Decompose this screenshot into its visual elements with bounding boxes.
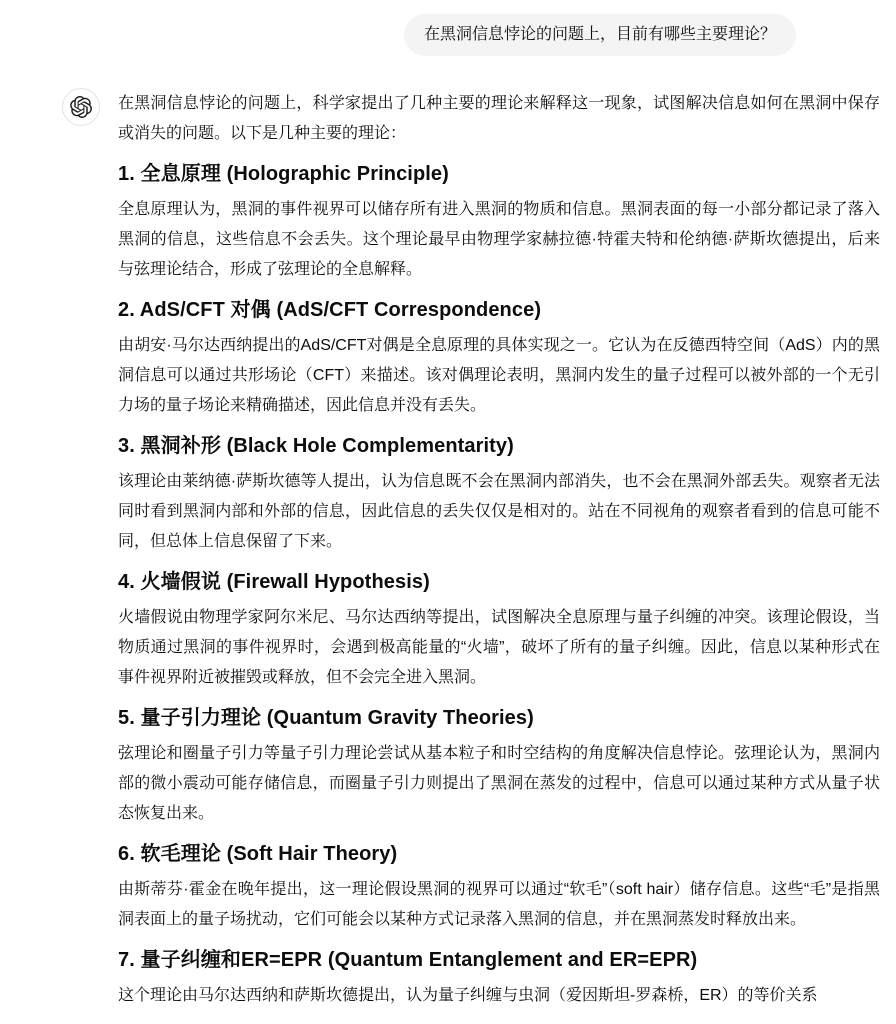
openai-logo-icon xyxy=(70,96,92,118)
assistant-intro-paragraph: 在黑洞信息悖论的问题上，科学家提出了几种主要的理论来解释这一现象，试图解决信息如… xyxy=(118,89,880,149)
user-message-bubble: 在黑洞信息悖论的问题上，目前有哪些主要理论？ xyxy=(404,14,796,56)
assistant-message-content: 在黑洞信息悖论的问题上，科学家提出了几种主要的理论来解释这一现象，试图解决信息如… xyxy=(118,88,880,1011)
section-body-firewall: 火墙假说由物理学家阿尔米尼、马尔达西纳等提出，试图解决全息原理与量子纠缠的冲突。… xyxy=(118,603,880,693)
section-heading-ads-cft: 2. AdS/CFT 对偶 (AdS/CFT Correspondence) xyxy=(118,297,880,323)
section-body-holographic-principle: 全息原理认为，黑洞的事件视界可以储存所有进入黑洞的物质和信息。黑洞表面的每一小部… xyxy=(118,195,880,285)
chat-conversation: 在黑洞信息悖论的问题上，目前有哪些主要理论？ 在黑洞信息悖论的问题上，科学家提出… xyxy=(0,0,896,1024)
section-heading-quantum-gravity: 5. 量子引力理论 (Quantum Gravity Theories) xyxy=(118,705,880,731)
section-heading-er-epr: 7. 量子纠缠和ER=EPR (Quantum Entanglement and… xyxy=(118,947,880,973)
section-body-ads-cft: 由胡安·马尔达西纳提出的AdS/CFT对偶是全息原理的具体实现之一。它认为在反德… xyxy=(118,331,880,421)
assistant-avatar xyxy=(62,88,100,126)
section-heading-soft-hair: 6. 软毛理论 (Soft Hair Theory) xyxy=(118,841,880,867)
section-body-quantum-gravity: 弦理论和圈量子引力等量子引力理论尝试从基本粒子和时空结构的角度解决信息悖论。弦理… xyxy=(118,739,880,829)
section-body-soft-hair: 由斯蒂芬·霍金在晚年提出，这一理论假设黑洞的视界可以通过“软毛”（soft ha… xyxy=(118,875,880,935)
section-body-er-epr: 这个理论由马尔达西纳和萨斯坎德提出，认为量子纠缠与虫洞（爱因斯坦-罗森桥，ER）… xyxy=(118,981,880,1011)
assistant-message-row: 在黑洞信息悖论的问题上，科学家提出了几种主要的理论来解释这一现象，试图解决信息如… xyxy=(0,88,896,1011)
user-message-row: 在黑洞信息悖论的问题上，目前有哪些主要理论？ xyxy=(0,14,896,56)
section-heading-complementarity: 3. 黑洞补形 (Black Hole Complementarity) xyxy=(118,433,880,459)
section-heading-holographic-principle: 1. 全息原理 (Holographic Principle) xyxy=(118,161,880,187)
section-heading-firewall: 4. 火墙假说 (Firewall Hypothesis) xyxy=(118,569,880,595)
section-body-complementarity: 该理论由莱纳德·萨斯坎德等人提出，认为信息既不会在黑洞内部消失，也不会在黑洞外部… xyxy=(118,467,880,557)
